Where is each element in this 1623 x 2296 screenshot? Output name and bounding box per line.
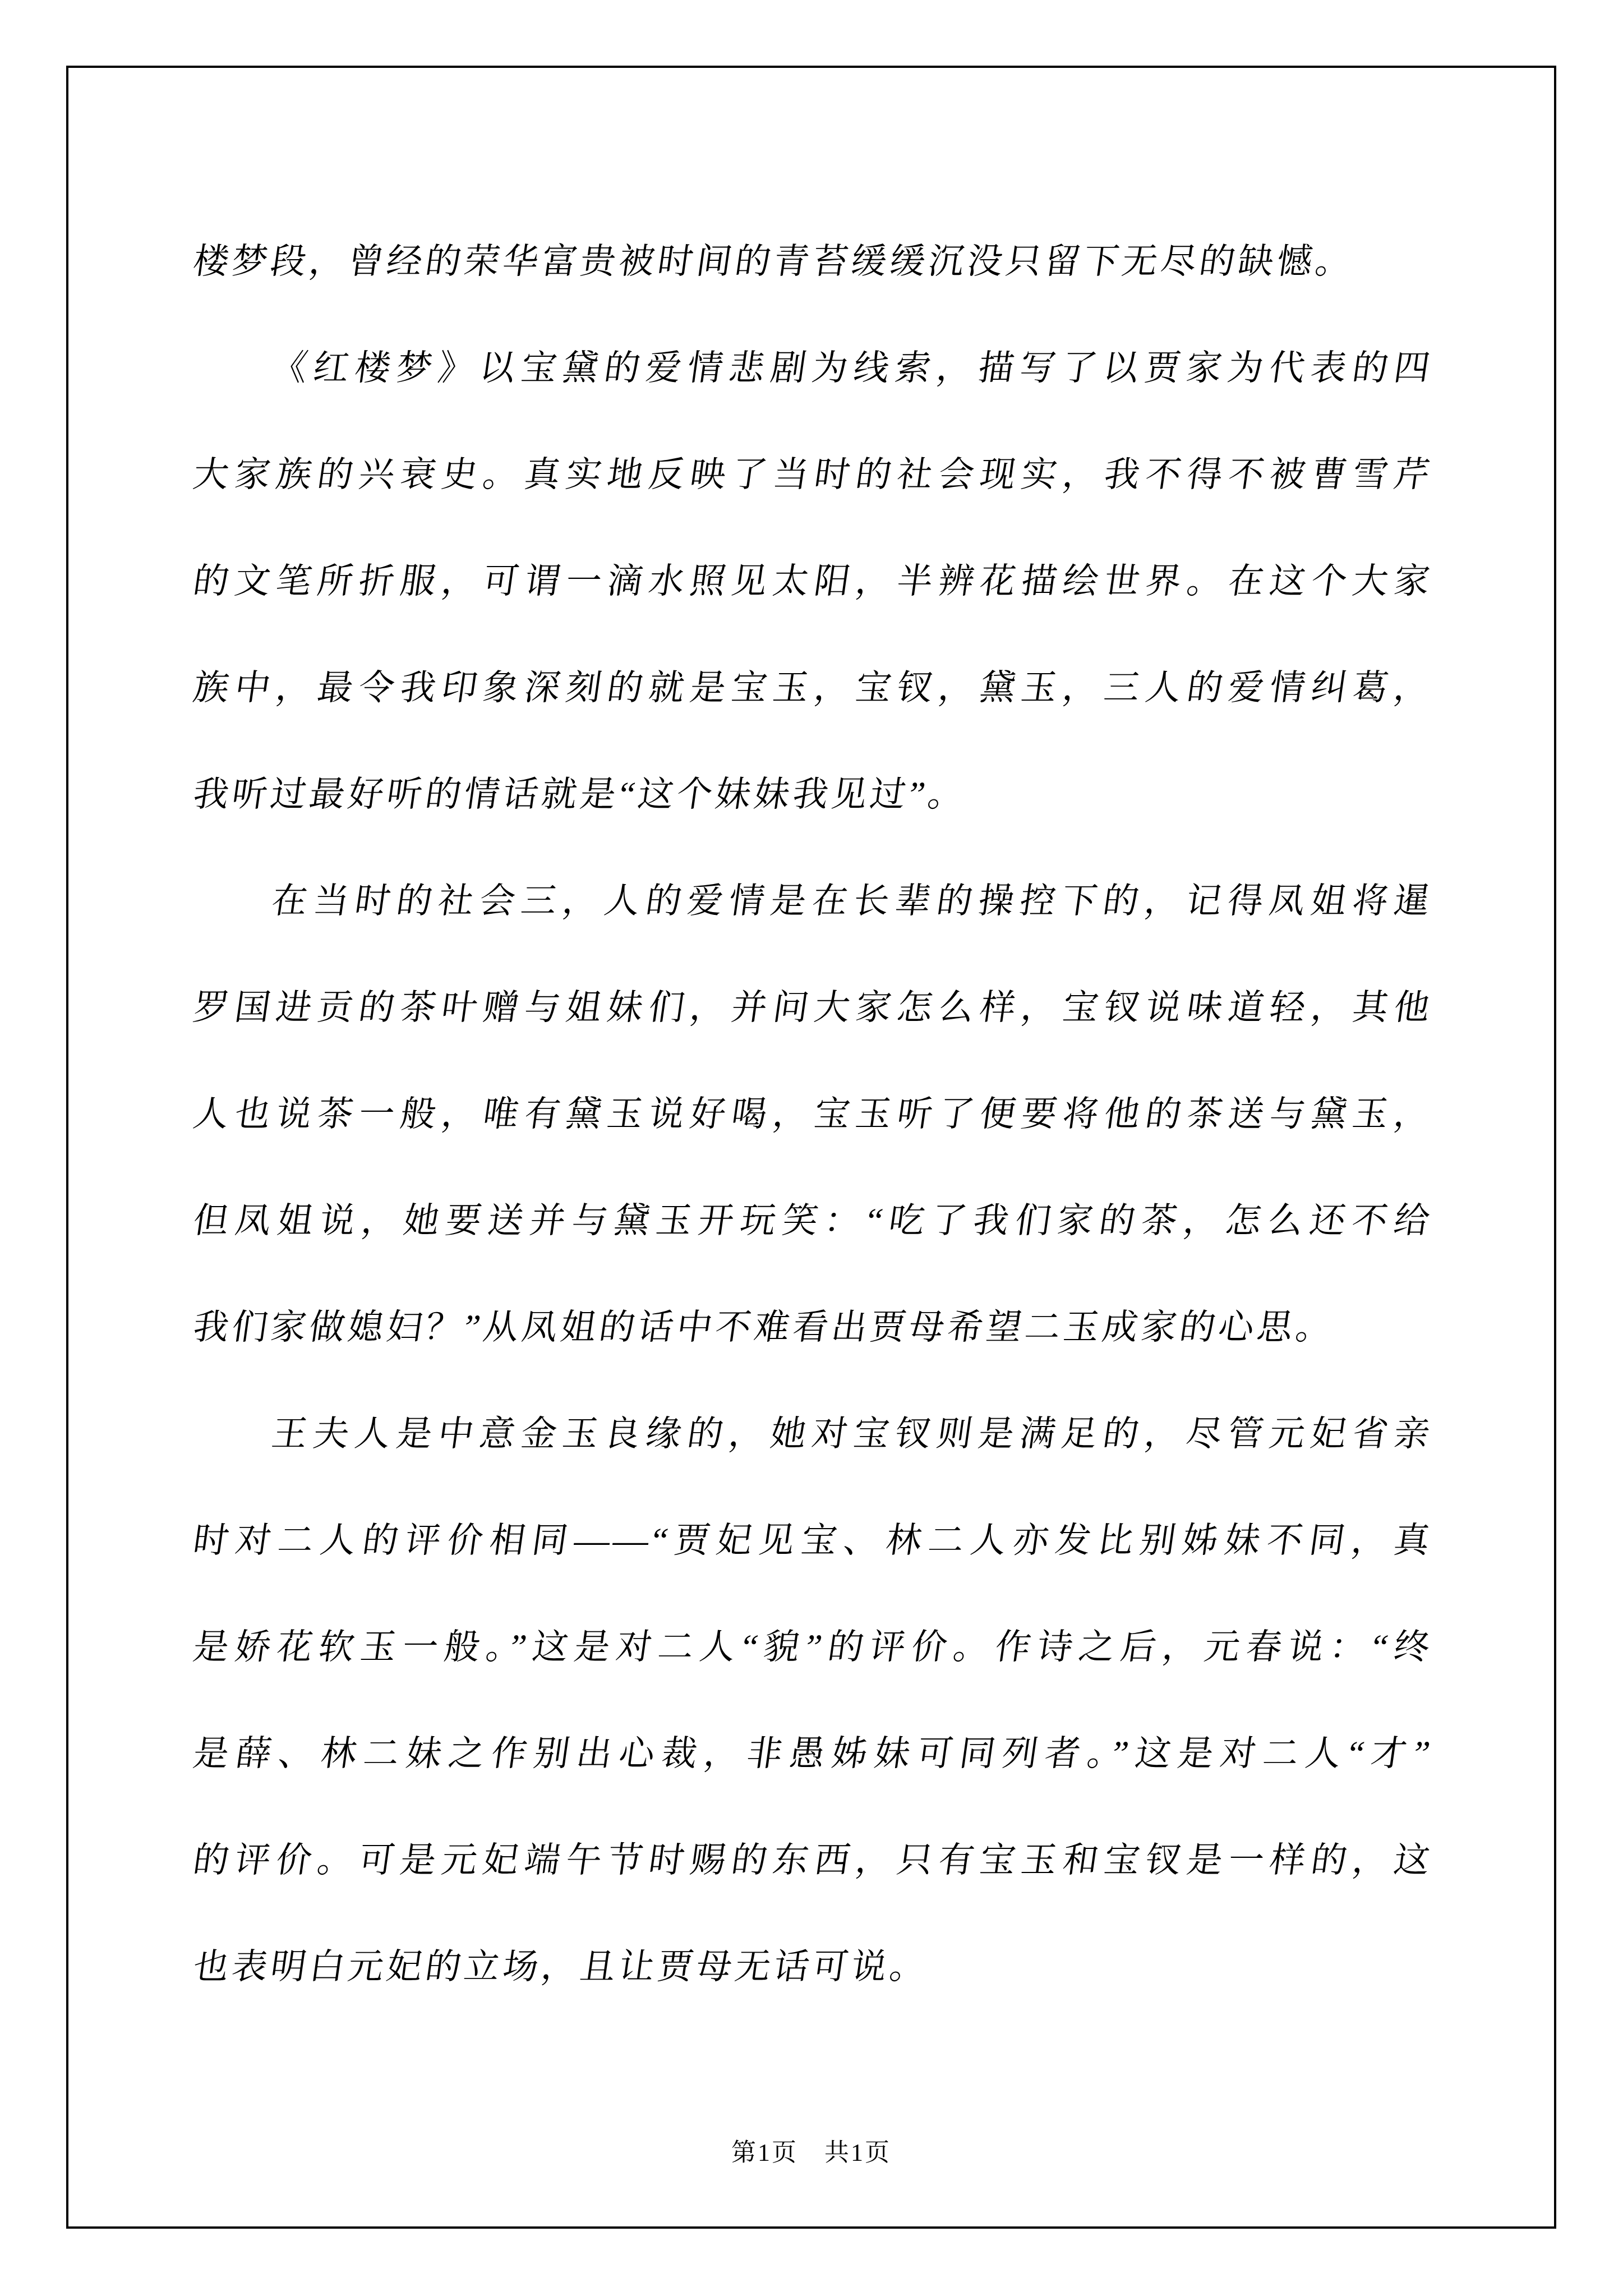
text-line: 我们家做媳妇？”从凤姐的话中不难看出贾母希望二玉成家的心思。: [186, 1274, 1441, 1381]
text-line: 是娇花软玉一般。”这是对二人“貌”的评价。作诗之后，元春说：“终: [186, 1594, 1441, 1700]
text-line: 《红楼梦》以宝黛的爱情悲剧为线索，描写了以贾家为代表的四: [186, 315, 1441, 421]
text-line: 时对二人的评价相同——“贾妃见宝、林二人亦发比别姊妹不同，真: [186, 1487, 1441, 1594]
text-line: 但凤姐说，她要送并与黛玉开玩笑：“吃了我们家的茶，怎么还不给: [186, 1167, 1441, 1274]
text-line: 楼梦段，曾经的荣华富贵被时间的青苔缓缓沉没只留下无尽的缺憾。: [186, 208, 1441, 315]
text-line: 大家族的兴衰史。真实地反映了当时的社会现实，我不得不被曹雪芹: [186, 421, 1441, 528]
text-line: 的文笔所折服，可谓一滴水照见太阳，半辨花描绘世界。在这个大家: [186, 528, 1441, 634]
text-line: 是薛、林二妹之作别出心裁，非愚姊妹可同列者。”这是对二人“才”: [186, 1700, 1441, 1807]
text-line: 的评价。可是元妃端午节时赐的东西，只有宝玉和宝钗是一样的，这: [186, 1807, 1441, 1913]
text-line: 罗国进贡的茶叶赠与姐妹们，并问大家怎么样，宝钗说味道轻，其他: [186, 954, 1441, 1061]
text-line: 族中，最令我印象深刻的就是宝玉，宝钗，黛玉，三人的爱情纠葛，: [186, 634, 1441, 741]
text-line: 在当时的社会三，人的爱情是在长辈的操控下的，记得凤姐将暹: [186, 848, 1441, 954]
text-line: 也表明白元妃的立场，且让贾母无话可说。: [186, 1913, 1441, 2020]
text-line: 王夫人是中意金玉良缘的，她对宝钗则是满足的，尽管元妃省亲: [186, 1381, 1441, 1487]
essay-body: 楼梦段，曾经的荣华富贵被时间的青苔缓缓沉没只留下无尽的缺憾。《红楼梦》以宝黛的爱…: [193, 208, 1433, 2020]
text-line: 人也说茶一般，唯有黛玉说好喝，宝玉听了便要将他的茶送与黛玉，: [186, 1061, 1441, 1167]
document-page: 楼梦段，曾经的荣华富贵被时间的青苔缓缓沉没只留下无尽的缺憾。《红楼梦》以宝黛的爱…: [0, 0, 1623, 2296]
page-footer: 第1页 共1页: [68, 2132, 1554, 2168]
text-line: 我听过最好听的情话就是“这个妹妹我见过”。: [186, 741, 1441, 848]
page-border: 楼梦段，曾经的荣华富贵被时间的青苔缓缓沉没只留下无尽的缺憾。《红楼梦》以宝黛的爱…: [66, 66, 1556, 2229]
